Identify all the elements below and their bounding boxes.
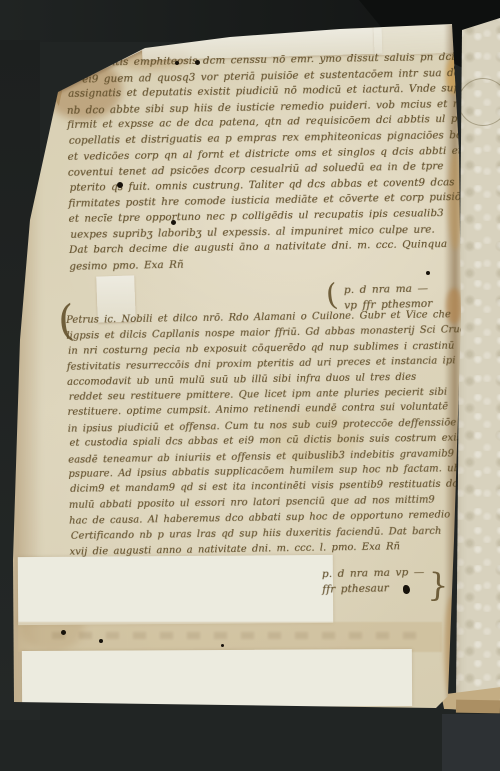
ink-dot [426, 271, 430, 275]
ink-dot [221, 644, 224, 647]
ink-dot [171, 220, 176, 225]
folio-watermark-circle [458, 78, 500, 126]
note2-line2: ffr pthesaur [322, 580, 442, 598]
chancery-note-2: p. d nra ma vp — ffr pthesaur [322, 565, 443, 598]
torn-page-fragment [456, 700, 500, 714]
paragraph-1: ipis psentis emphiteosis dcm censsu nō e… [66, 50, 457, 274]
exposed-page-band [18, 622, 442, 652]
repair-patch-1 [18, 555, 333, 625]
background-bottom-right [442, 714, 500, 771]
ink-dot [99, 639, 103, 643]
ink-dot [61, 630, 66, 635]
ink-dot [195, 60, 200, 65]
repair-patch-2 [22, 649, 412, 708]
manuscript-page: ipis psentis emphiteosis dcm censsu nō e… [0, 0, 500, 771]
ink-dot [175, 61, 179, 65]
ink-dot [117, 182, 123, 188]
note2-bracket: } [427, 565, 449, 604]
paragraph-2: Petrus ic. Nobili et dilco nrō. Rdo Alam… [66, 307, 462, 559]
ink-blot [403, 585, 410, 594]
ghost-writing [52, 632, 417, 639]
